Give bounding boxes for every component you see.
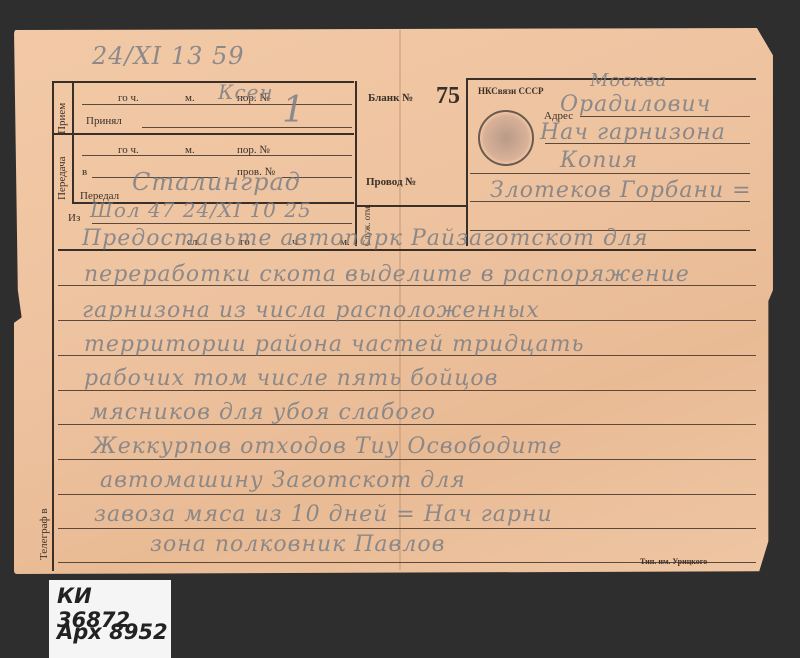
priem-section-label: Прием — [56, 103, 68, 134]
hw-body-line-10: зона полковник Павлов — [150, 532, 445, 557]
hw-top-date: 24/XI 13 59 — [92, 42, 245, 70]
hw-body-line-3: гарнизона из числа расположенных — [82, 298, 540, 323]
hw-address-line-4: Копия — [560, 148, 638, 173]
form-right-border — [355, 81, 357, 246]
hw-body-line-2: переработки скота выделите в распоряжени… — [84, 262, 690, 287]
peredacha-por-label: пор. № — [237, 144, 270, 156]
form-inner-border — [72, 81, 74, 203]
body-line-8 — [58, 528, 756, 529]
hw-peredal-value: Сталинград — [132, 168, 301, 196]
hw-body-line-4: территории района частей тридцать — [84, 332, 584, 357]
hw-priem-num: 1 — [282, 90, 306, 131]
archive-label-card: КИ 36872 Арх 8952 — [49, 580, 171, 658]
address-left-border — [466, 78, 468, 246]
hw-body-line-5: рабочих том числе пять бойцов — [84, 366, 498, 391]
priem-bottom-border — [52, 133, 354, 135]
hw-address-line-1: Москва — [590, 70, 667, 91]
priem-hour-label: го ч. — [118, 92, 139, 104]
peredacha-hour-label: го ч. — [118, 144, 139, 156]
hw-body-line-9: завоза мяса из 10 дней = Нач гарни — [94, 502, 553, 527]
priem-line-1 — [82, 104, 352, 105]
peredacha-v-label: в — [82, 166, 87, 178]
form-top-border — [52, 81, 354, 83]
peredacha-min-label: м. — [185, 144, 195, 156]
hw-address-line-5: Злотеков Горбани = — [490, 178, 752, 203]
peredacha-section-label: Передача — [56, 156, 68, 200]
hw-body-line-6: мясников для убоя слабого — [90, 400, 436, 425]
body-line-7 — [58, 494, 756, 495]
archive-label-line-2: Арх 8952 — [57, 620, 168, 644]
printer-label: Тип. им. Урицкого — [640, 557, 707, 566]
hw-priem-note: Ксен — [218, 80, 274, 104]
hw-iz-value: Шол 47 24/XI 10 25 — [90, 198, 312, 222]
address-line-3 — [470, 173, 750, 174]
prinyal-label: Принял — [86, 115, 122, 127]
hw-body-line-8: автомашину Заготскот для — [100, 468, 466, 493]
agency-label: НКСвязи СССР — [478, 86, 543, 96]
middle-divider — [357, 205, 467, 207]
provod-label: Провод № — [366, 176, 416, 188]
body-line-6 — [58, 459, 756, 460]
iz-line — [92, 223, 352, 224]
priem-min-label: м. — [185, 92, 195, 104]
hw-address-line-3: Нач гарнизона — [540, 120, 726, 145]
blank-number: 75 — [436, 83, 460, 110]
form-left-border — [52, 81, 54, 571]
iz-label: Из — [68, 212, 80, 224]
prinyal-line — [142, 127, 352, 128]
hw-address-line-2: Орадилович — [560, 92, 711, 117]
hw-body-line-7: Жеккурпов отходов Тиу Освободите — [92, 434, 563, 459]
blank-label: Бланк № — [368, 92, 413, 104]
hw-body-line-1: Предоставьте автопарк Райзаготскот для — [82, 226, 648, 251]
ussr-emblem-icon — [478, 110, 534, 166]
telegraph-label: Телеграф в — [38, 508, 50, 560]
